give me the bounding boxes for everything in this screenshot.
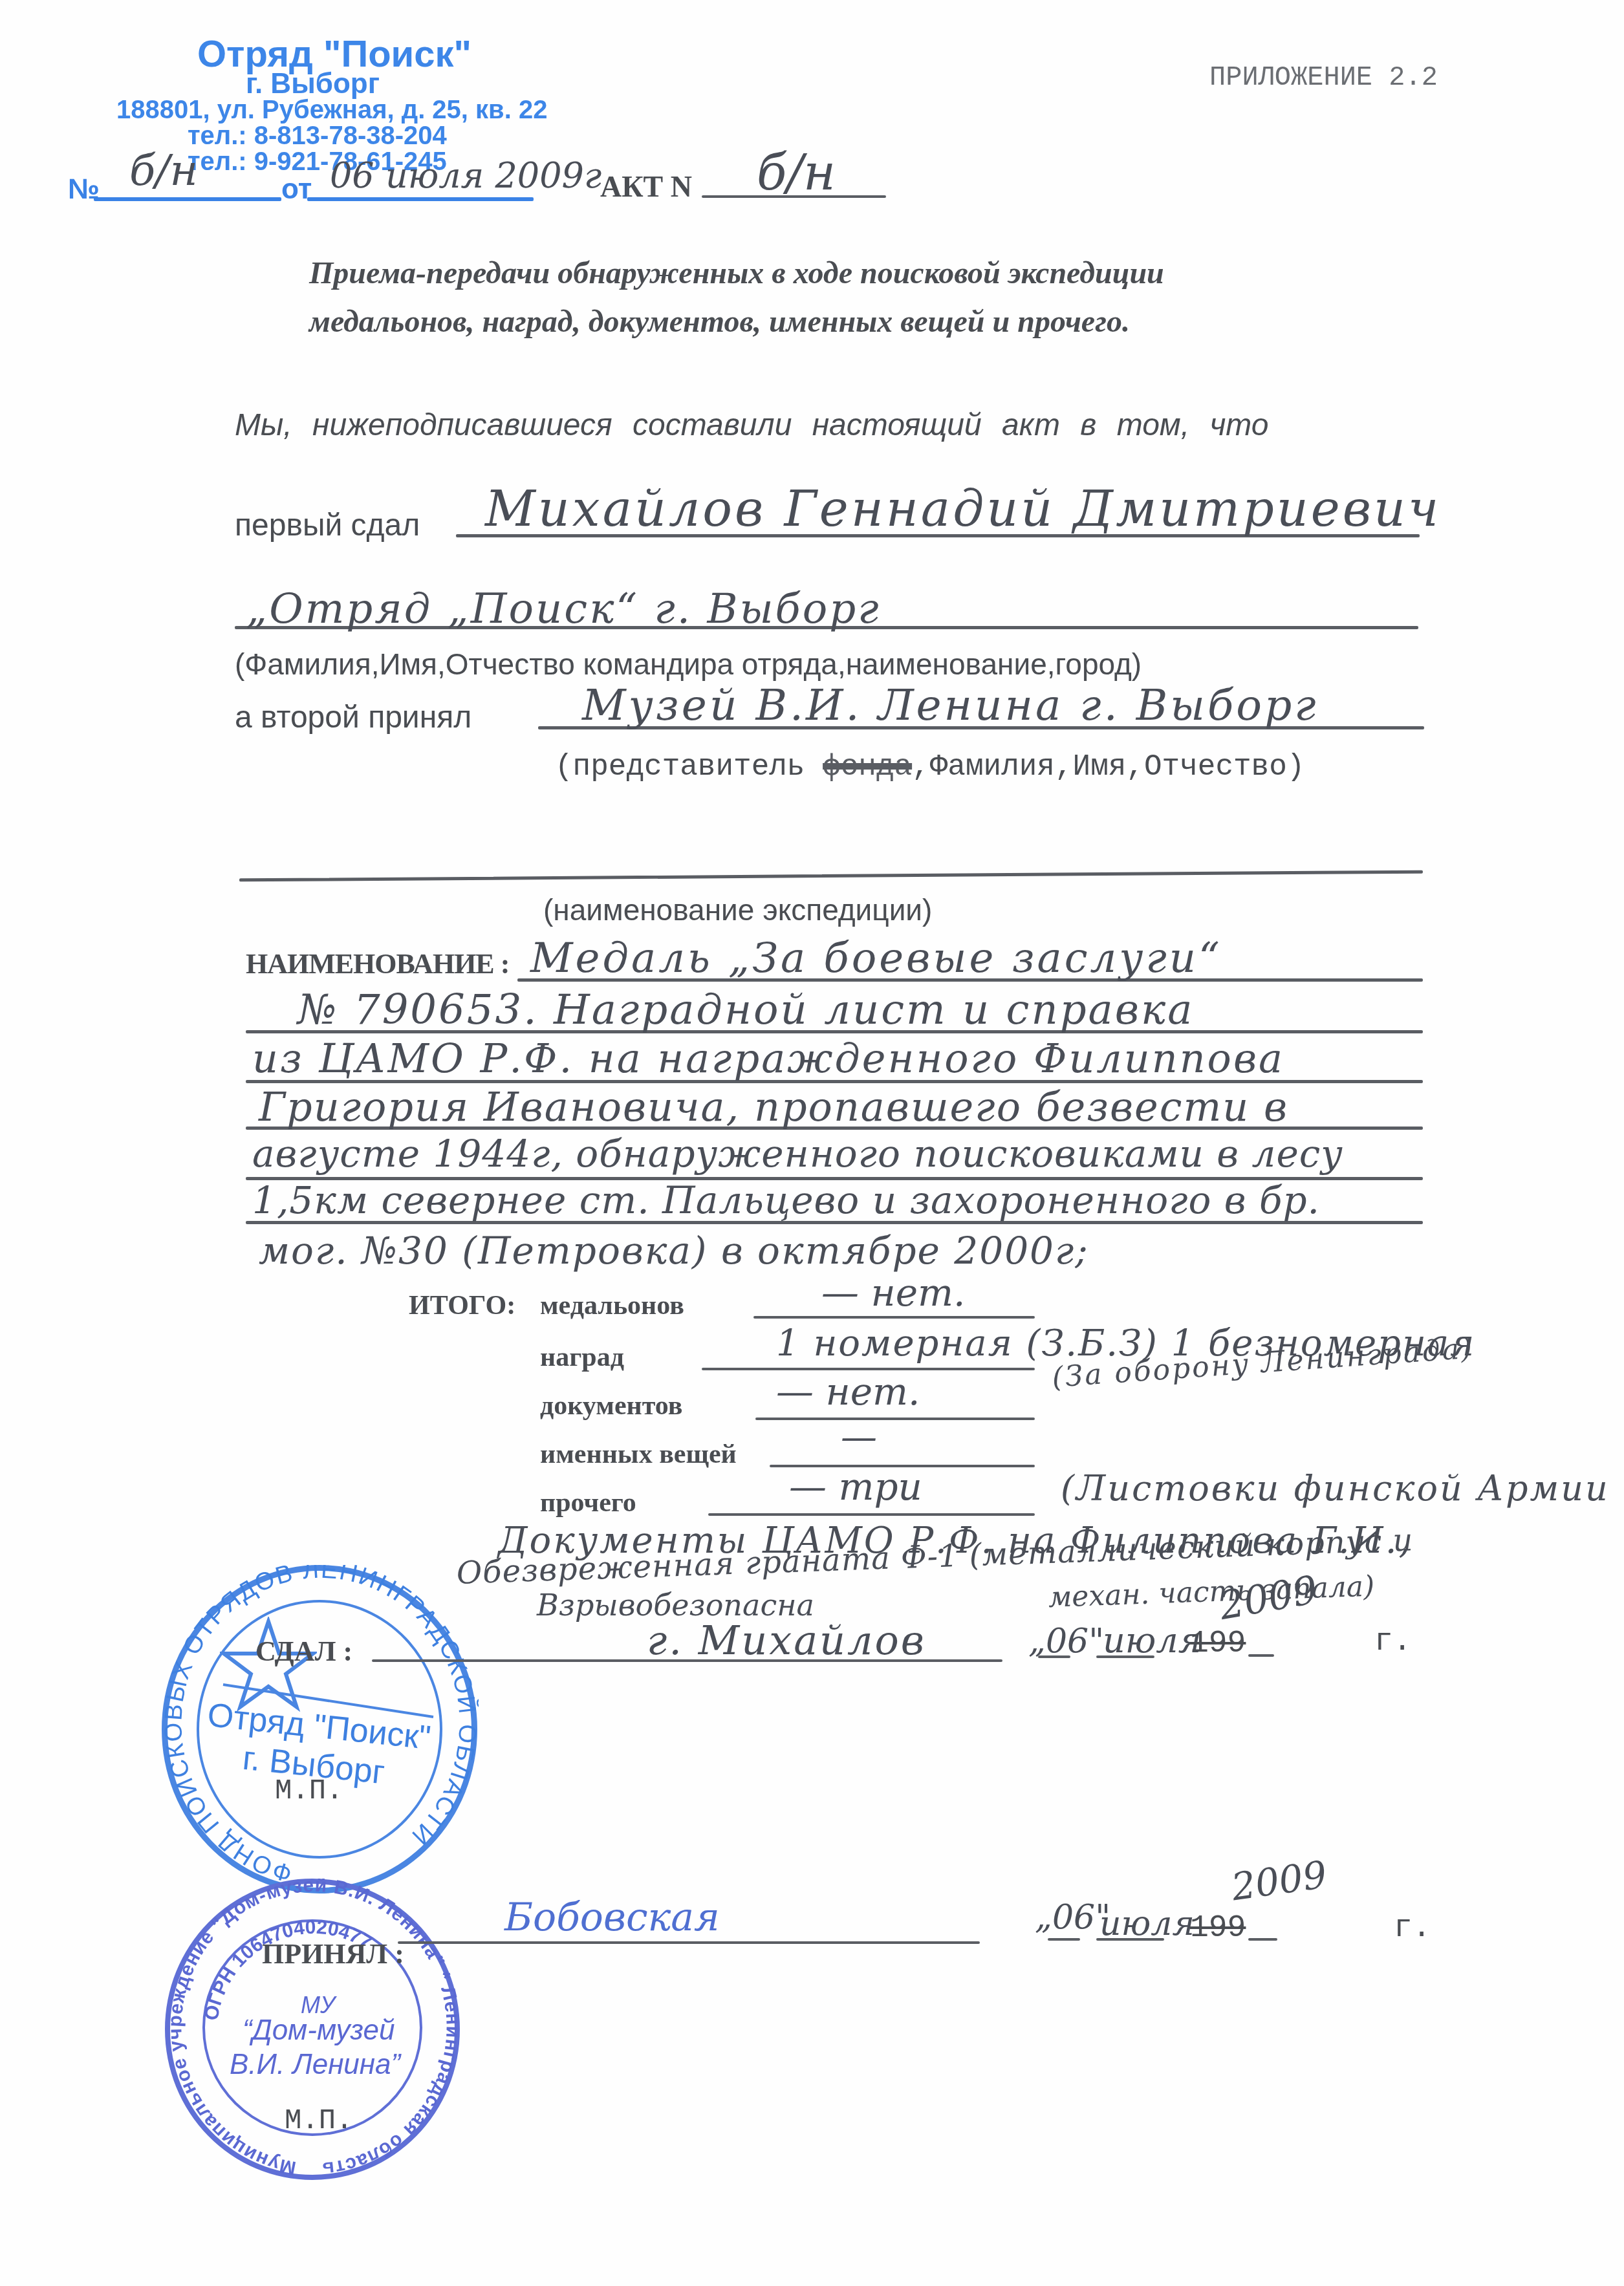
title-line2: медальонов, наград, документов, именных … [309, 304, 1130, 340]
naming-line-0: Медаль „За боевые заслуги“ [530, 934, 1222, 982]
received-year-written: 2009 [1229, 1852, 1330, 1909]
naming-line-4: августе 1944г, обнаруженного поисковикам… [252, 1132, 1343, 1176]
received-stamp-center-line2: “Дом-музей [243, 2014, 395, 2047]
caption-struck-word: фонда [823, 750, 912, 784]
handed-year-underline [1248, 1654, 1274, 1657]
expedition-caption: (наименование экспедиции) [543, 892, 932, 927]
received-day-underline [1048, 1938, 1080, 1941]
number-value: б/н [129, 146, 198, 195]
expedition-underline [239, 870, 1423, 882]
appendix-label: ПРИЛОЖЕНИЕ 2.2 [1209, 62, 1438, 93]
header-stamp-address: 188801, ул. Рубежная, д. 25, кв. 22 [116, 96, 547, 125]
handed-signature: г. Михайлов [647, 1617, 926, 1664]
act-number-value: б/н [757, 144, 836, 201]
other-extra-line-3: механ. часть запала) [1048, 1569, 1375, 1614]
caption-suffix: ,Фамилия,Имя,Отчество) [912, 750, 1305, 784]
second-party-label: а второй принял [235, 700, 471, 735]
received-signature-underline [398, 1941, 980, 1944]
naming-line-5: 1,5км севернее ст. Пальцево и захороненн… [252, 1178, 1320, 1222]
total-underline-medallions [753, 1316, 1035, 1319]
handed-date-day: „06" [1028, 1622, 1104, 1661]
total-value-documents: — нет. [776, 1370, 920, 1414]
second-party-caption: (представитель фонда,Фамилия,Имя,Отчеств… [555, 750, 1305, 784]
handed-day-underline [1038, 1655, 1070, 1658]
number-underline [94, 197, 281, 201]
received-mp: М.П. [285, 2105, 353, 2137]
received-month-underline [1096, 1938, 1164, 1941]
total-label-medallions: медальонов [540, 1290, 684, 1321]
handed-mp: М.П. [275, 1775, 343, 1807]
total-note-other: (Листовки финской Армии [1061, 1468, 1610, 1509]
first-party-caption: (Фамилия,Имя,Отчество командира отряда,н… [235, 647, 1142, 682]
total-value-medallions: — нет. [821, 1271, 965, 1315]
total-label-documents: документов [540, 1390, 682, 1421]
naming-line-2: из ЦАМО Р.Ф. на награжденного Филиппова [252, 1035, 1284, 1082]
total-underline-other [708, 1513, 1035, 1516]
received-signature: Бобовская [504, 1895, 720, 1940]
scanned-document-page: Отряд "Поиск" г. Выборг 188801, ул. Рубе… [0, 0, 1624, 2286]
handed-label-text: СДАЛ [255, 1635, 336, 1667]
first-party-unit: „Отряд „Поиск“ г. Выборг [246, 585, 881, 633]
received-stamp-center-line3: В.И. Ленина” [230, 2049, 400, 2081]
handed-year-printed: 199 [1190, 1626, 1246, 1661]
received-label-text: ПРИНЯЛ [262, 1938, 387, 1970]
handed-month-underline [1096, 1655, 1154, 1658]
title-line1: Приема-передачи обнаруженных в ходе поис… [309, 255, 1164, 291]
from-underline [307, 197, 534, 201]
second-party-value: Музей В.И. Ленина г. Выборг [582, 680, 1319, 730]
handed-label: СДАЛ : [255, 1635, 352, 1668]
naming-label: НАИМЕНОВАНИЕ : [246, 947, 509, 980]
first-party-name: Михайлов Геннадий Дмитриевич [485, 480, 1441, 537]
first-party-label: первый сдал [235, 508, 420, 543]
received-day-value: 06 [1052, 1898, 1095, 1937]
from-value: 06 июля 2009г [330, 155, 601, 196]
received-year-suffix: г. [1394, 1911, 1431, 1946]
intro-text: Мы, нижеподписавшиеся составили настоящи… [235, 407, 1268, 443]
total-label-awards: наград [540, 1342, 624, 1373]
total-label-other: прочего [540, 1487, 636, 1518]
total-value-named-items: — [841, 1416, 877, 1458]
act-label: АКТ N [600, 169, 692, 204]
total-label-named-items: именных вещей [540, 1439, 737, 1470]
total-value-other: — три [789, 1465, 922, 1509]
header-stamp-phone1: тел.: 8-813-78-38-204 [188, 122, 447, 151]
received-date-month: июля [1099, 1904, 1195, 1943]
naming-line-6: мог. №30 (Петровка) в октябре 2000г; [259, 1229, 1089, 1273]
naming-line-3: Григория Ивановича, пропавшего безвести … [259, 1083, 1288, 1130]
handed-day-value: 06 [1046, 1622, 1088, 1661]
naming-line-1: № 790653. Наградной лист и справка [298, 986, 1194, 1034]
received-label: ПРИНЯЛ : [262, 1937, 404, 1970]
handed-date-month: июля [1103, 1620, 1201, 1661]
handed-year-suffix: г. [1374, 1624, 1412, 1659]
received-year-printed: 199 [1190, 1911, 1246, 1946]
caption-prefix: (представитель [555, 750, 805, 784]
total-underline-documents [755, 1418, 1035, 1420]
received-year-underline [1248, 1938, 1277, 1941]
totals-label: ИТОГО: [409, 1290, 515, 1321]
